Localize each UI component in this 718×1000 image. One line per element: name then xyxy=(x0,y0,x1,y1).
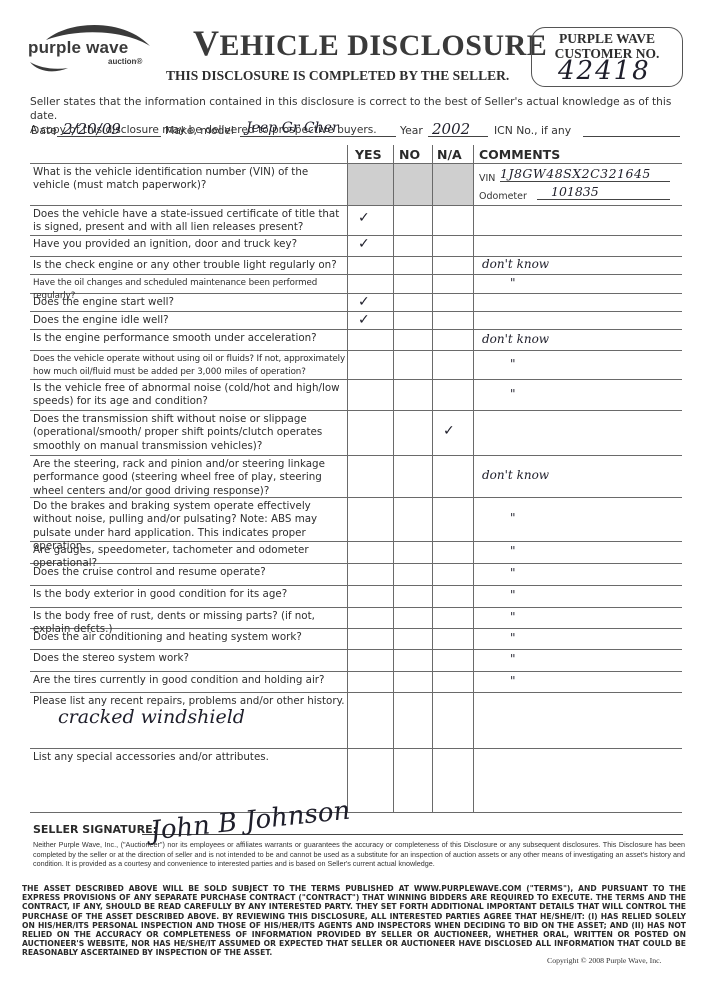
answer-cell-na[interactable] xyxy=(433,236,473,256)
column-header-no: NO xyxy=(399,147,420,162)
answer-cell-no[interactable] xyxy=(394,330,432,350)
answer-cell-yes[interactable] xyxy=(348,380,393,410)
answer-cell-yes[interactable] xyxy=(348,351,393,379)
comment-field[interactable]: don't know xyxy=(482,468,549,482)
comment-field[interactable]: " xyxy=(510,610,516,624)
answer-cell-no[interactable] xyxy=(394,257,432,274)
customer-number-value[interactable]: 42418 xyxy=(558,56,651,86)
answer-cell-na[interactable] xyxy=(433,542,473,563)
question-text: Is the body exterior in good condition f… xyxy=(33,588,345,601)
icn-field[interactable] xyxy=(583,122,680,137)
answer-cell-na[interactable] xyxy=(433,206,473,235)
answer-cell-na[interactable] xyxy=(433,586,473,607)
question-text: Does the stereo system work? xyxy=(33,652,345,665)
answer-cell-yes[interactable]: ✓ xyxy=(348,236,393,256)
page-subtitle: THIS DISCLOSURE IS COMPLETED BY THE SELL… xyxy=(166,68,509,84)
answer-cell-no[interactable] xyxy=(394,608,432,628)
answer-cell-no[interactable] xyxy=(394,542,432,563)
answer-cell-na[interactable] xyxy=(433,456,473,497)
question-text: Does the engine idle well? xyxy=(33,314,345,327)
answer-cell-no[interactable] xyxy=(394,275,432,293)
comment-field[interactable]: " xyxy=(510,652,516,666)
copyright-text: Copyright © 2008 Purple Wave, Inc. xyxy=(547,956,662,965)
column-header-yes: YES xyxy=(355,147,382,162)
answer-cell-yes[interactable]: ✓ xyxy=(348,206,393,235)
answer-cell-na[interactable] xyxy=(433,312,473,329)
answer-cell-yes[interactable] xyxy=(348,542,393,563)
question-text: Is the engine performance smooth under a… xyxy=(33,332,345,345)
vin-label: VIN xyxy=(479,173,495,184)
answer-cell-yes[interactable] xyxy=(348,672,393,692)
comment-field[interactable]: " xyxy=(510,357,516,371)
answer-cell-na[interactable] xyxy=(433,672,473,692)
answer-cell-na[interactable] xyxy=(433,650,473,671)
question-text: Does the cruise control and resume opera… xyxy=(33,566,345,579)
check-mark-icon: ✓ xyxy=(358,294,370,310)
answer-cell-na[interactable] xyxy=(433,351,473,379)
repairs-response[interactable]: cracked windshield xyxy=(58,706,245,728)
logo-text: purple wave xyxy=(28,38,128,58)
comment-field[interactable]: " xyxy=(510,276,516,290)
comment-field[interactable]: " xyxy=(510,544,516,558)
check-mark-icon: ✓ xyxy=(358,312,370,328)
answer-cell-yes[interactable] xyxy=(348,330,393,350)
odometer-label: Odometer xyxy=(479,191,527,202)
answer-cell-na xyxy=(433,164,473,205)
answer-cell-no[interactable] xyxy=(394,294,432,311)
question-text: Does the transmission shift without nois… xyxy=(33,413,345,453)
comment-field[interactable]: don't know xyxy=(482,332,549,346)
answer-cell-yes[interactable] xyxy=(348,257,393,274)
answer-cell-no[interactable] xyxy=(394,411,432,455)
answer-cell-na[interactable] xyxy=(433,275,473,293)
answer-cell-yes[interactable] xyxy=(348,586,393,607)
comment-field[interactable]: " xyxy=(510,674,516,688)
table-rule xyxy=(30,692,682,693)
answer-cell-no[interactable] xyxy=(394,236,432,256)
question-text: Does the engine start well? xyxy=(33,296,345,309)
question-text: Does the air conditioning and heating sy… xyxy=(33,631,345,644)
answer-cell-yes[interactable]: ✓ xyxy=(348,294,393,311)
table-rule xyxy=(30,812,682,813)
answer-cell-no[interactable] xyxy=(394,672,432,692)
answer-cell-yes[interactable] xyxy=(348,608,393,628)
answer-cell-no[interactable] xyxy=(394,380,432,410)
question-text: Are the steering, rack and pinion and/or… xyxy=(33,458,345,498)
answer-cell-yes xyxy=(348,164,393,205)
answer-cell-yes[interactable] xyxy=(348,456,393,497)
answer-cell-na[interactable] xyxy=(433,564,473,585)
question-text: Are the tires currently in good conditio… xyxy=(33,674,345,687)
date-field[interactable]: 2/20/09 xyxy=(57,120,161,137)
answer-cell-no[interactable] xyxy=(394,456,432,497)
date-label: Date xyxy=(31,124,57,137)
comment-field[interactable]: " xyxy=(510,511,516,525)
answer-cell-no[interactable] xyxy=(394,650,432,671)
year-field[interactable]: 2002 xyxy=(428,120,488,137)
comment-field[interactable]: " xyxy=(510,566,516,580)
comment-field[interactable]: don't know xyxy=(482,257,549,271)
answer-cell-no[interactable] xyxy=(394,312,432,329)
comment-field[interactable]: " xyxy=(510,387,516,401)
column-header-na: N/A xyxy=(437,147,462,162)
answer-cell-yes[interactable] xyxy=(348,564,393,585)
answer-cell-no[interactable] xyxy=(394,564,432,585)
answer-cell-no xyxy=(394,164,432,205)
answer-cell-yes[interactable] xyxy=(348,275,393,293)
make-model-label: Make, model xyxy=(165,124,234,137)
disclaimer-text: Neither Purple Wave, Inc., ("Auctioneer"… xyxy=(33,840,685,869)
answer-cell-no[interactable] xyxy=(394,206,432,235)
vin-field[interactable]: 1J8GW48SX2C321645 xyxy=(500,166,670,182)
answer-cell-na[interactable]: ✓ xyxy=(433,411,473,455)
answer-cell-no[interactable] xyxy=(394,586,432,607)
answer-cell-yes[interactable] xyxy=(348,498,393,541)
answer-cell-na[interactable] xyxy=(433,294,473,311)
question-text: Is the vehicle free of abnormal noise (c… xyxy=(33,382,345,409)
table-column-rule xyxy=(473,145,474,812)
answer-cell-na[interactable] xyxy=(433,608,473,628)
check-mark-icon: ✓ xyxy=(358,210,370,226)
column-header-comments: COMMENTS xyxy=(479,147,560,162)
answer-cell-yes[interactable] xyxy=(348,411,393,455)
question-text: Does the vehicle operate without using o… xyxy=(33,353,345,379)
answer-cell-na[interactable] xyxy=(433,380,473,410)
seller-signature-label: SELLER SIGNATURE: xyxy=(33,823,157,836)
answer-cell-na[interactable] xyxy=(433,257,473,274)
make-model-field[interactable]: Jeep Gr Cher xyxy=(240,120,396,137)
comment-field[interactable]: " xyxy=(510,588,516,602)
answer-cell-yes[interactable] xyxy=(348,650,393,671)
odometer-field[interactable]: 101835 xyxy=(537,184,670,200)
question-text: Is the check engine or any other trouble… xyxy=(33,259,345,272)
comment-field[interactable]: " xyxy=(510,631,516,645)
page-title: VEHICLE DISCLOSURE xyxy=(193,22,547,64)
table-rule xyxy=(30,748,682,749)
logo-subtext: auction® xyxy=(108,57,142,66)
answer-cell-no[interactable] xyxy=(394,498,432,541)
answer-cell-na[interactable] xyxy=(433,629,473,649)
answer-cell-na[interactable] xyxy=(433,498,473,541)
question-text: List any special accessories and/or attr… xyxy=(33,751,345,764)
question-text: What is the vehicle identification numbe… xyxy=(33,166,345,193)
seller-signature[interactable]: John B Johnson xyxy=(149,796,352,847)
answer-cell-no[interactable] xyxy=(394,351,432,379)
terms-text: THE ASSET DESCRIBED ABOVE WILL BE SOLD S… xyxy=(22,884,686,958)
year-label: Year xyxy=(400,124,423,137)
icn-label: ICN No., if any xyxy=(494,124,571,137)
answer-cell-yes[interactable] xyxy=(348,629,393,649)
check-mark-icon: ✓ xyxy=(443,423,455,439)
question-text: Does the vehicle have a state-issued cer… xyxy=(33,208,345,235)
check-mark-icon: ✓ xyxy=(358,236,370,252)
question-text: Have you provided an ignition, door and … xyxy=(33,238,345,251)
answer-cell-no[interactable] xyxy=(394,629,432,649)
answer-cell-yes[interactable]: ✓ xyxy=(348,312,393,329)
answer-cell-na[interactable] xyxy=(433,330,473,350)
